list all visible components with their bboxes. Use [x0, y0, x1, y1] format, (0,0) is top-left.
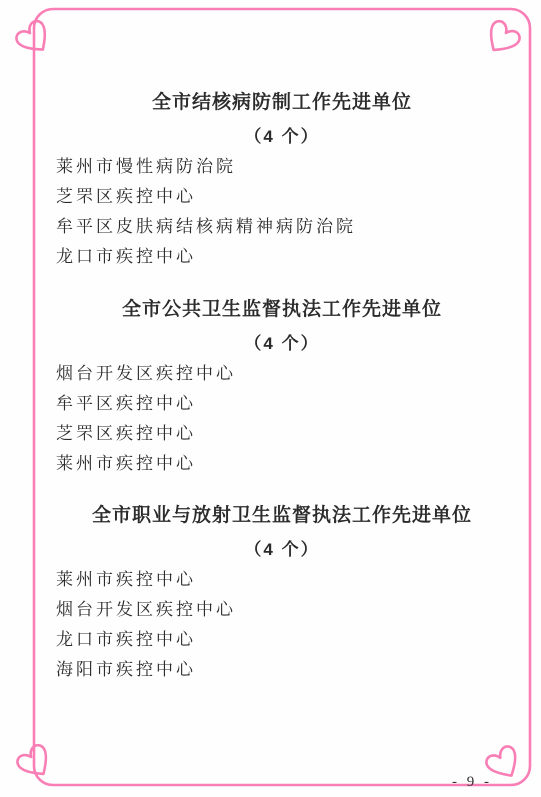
- list-item: 芝罘区疾控中心: [34, 419, 530, 449]
- section-count: （4 个）: [34, 333, 530, 355]
- section-title: 全市职业与放射卫生监督执法工作先进单位: [34, 505, 530, 527]
- list-item: 牟平区皮肤病结核病精神病防治院: [34, 212, 530, 242]
- list-item: 莱州市疾控中心: [34, 565, 530, 595]
- document-content: 全市结核病防制工作先进单位 （4 个） 莱州市慢性病防治院 芝罘区疾控中心 牟平…: [34, 0, 530, 685]
- page-number: - 9 -: [452, 772, 492, 792]
- awardee-list: 烟台开发区疾控中心 牟平区疾控中心 芝罘区疾控中心 莱州市疾控中心: [34, 359, 530, 479]
- list-item: 龙口市疾控中心: [34, 242, 530, 272]
- list-item: 龙口市疾控中心: [34, 625, 530, 655]
- awardee-list: 莱州市慢性病防治院 芝罘区疾控中心 牟平区皮肤病结核病精神病防治院 龙口市疾控中…: [34, 152, 530, 272]
- heart-icon: [15, 743, 56, 783]
- award-section-occupational-radiation: 全市职业与放射卫生监督执法工作先进单位 （4 个） 莱州市疾控中心 烟台开发区疾…: [34, 505, 530, 685]
- section-count: （4 个）: [34, 539, 530, 561]
- section-title: 全市结核病防制工作先进单位: [34, 92, 530, 114]
- list-item: 烟台开发区疾控中心: [34, 359, 530, 389]
- list-item: 莱州市疾控中心: [34, 449, 530, 479]
- list-item: 海阳市疾控中心: [34, 655, 530, 685]
- list-item: 莱州市慢性病防治院: [34, 152, 530, 182]
- list-item: 烟台开发区疾控中心: [34, 595, 530, 625]
- list-item: 牟平区疾控中心: [34, 389, 530, 419]
- award-section-public-health-supervision: 全市公共卫生监督执法工作先进单位 （4 个） 烟台开发区疾控中心 牟平区疾控中心…: [34, 299, 530, 479]
- section-title: 全市公共卫生监督执法工作先进单位: [34, 299, 530, 321]
- list-item: 芝罘区疾控中心: [34, 182, 530, 212]
- section-count: （4 个）: [34, 126, 530, 148]
- document-page: 全市结核病防制工作先进单位 （4 个） 莱州市慢性病防治院 芝罘区疾控中心 牟平…: [0, 0, 541, 797]
- award-section-tb-prevention: 全市结核病防制工作先进单位 （4 个） 莱州市慢性病防治院 芝罘区疾控中心 牟平…: [34, 92, 530, 272]
- awardee-list: 莱州市疾控中心 烟台开发区疾控中心 龙口市疾控中心 海阳市疾控中心: [34, 565, 530, 685]
